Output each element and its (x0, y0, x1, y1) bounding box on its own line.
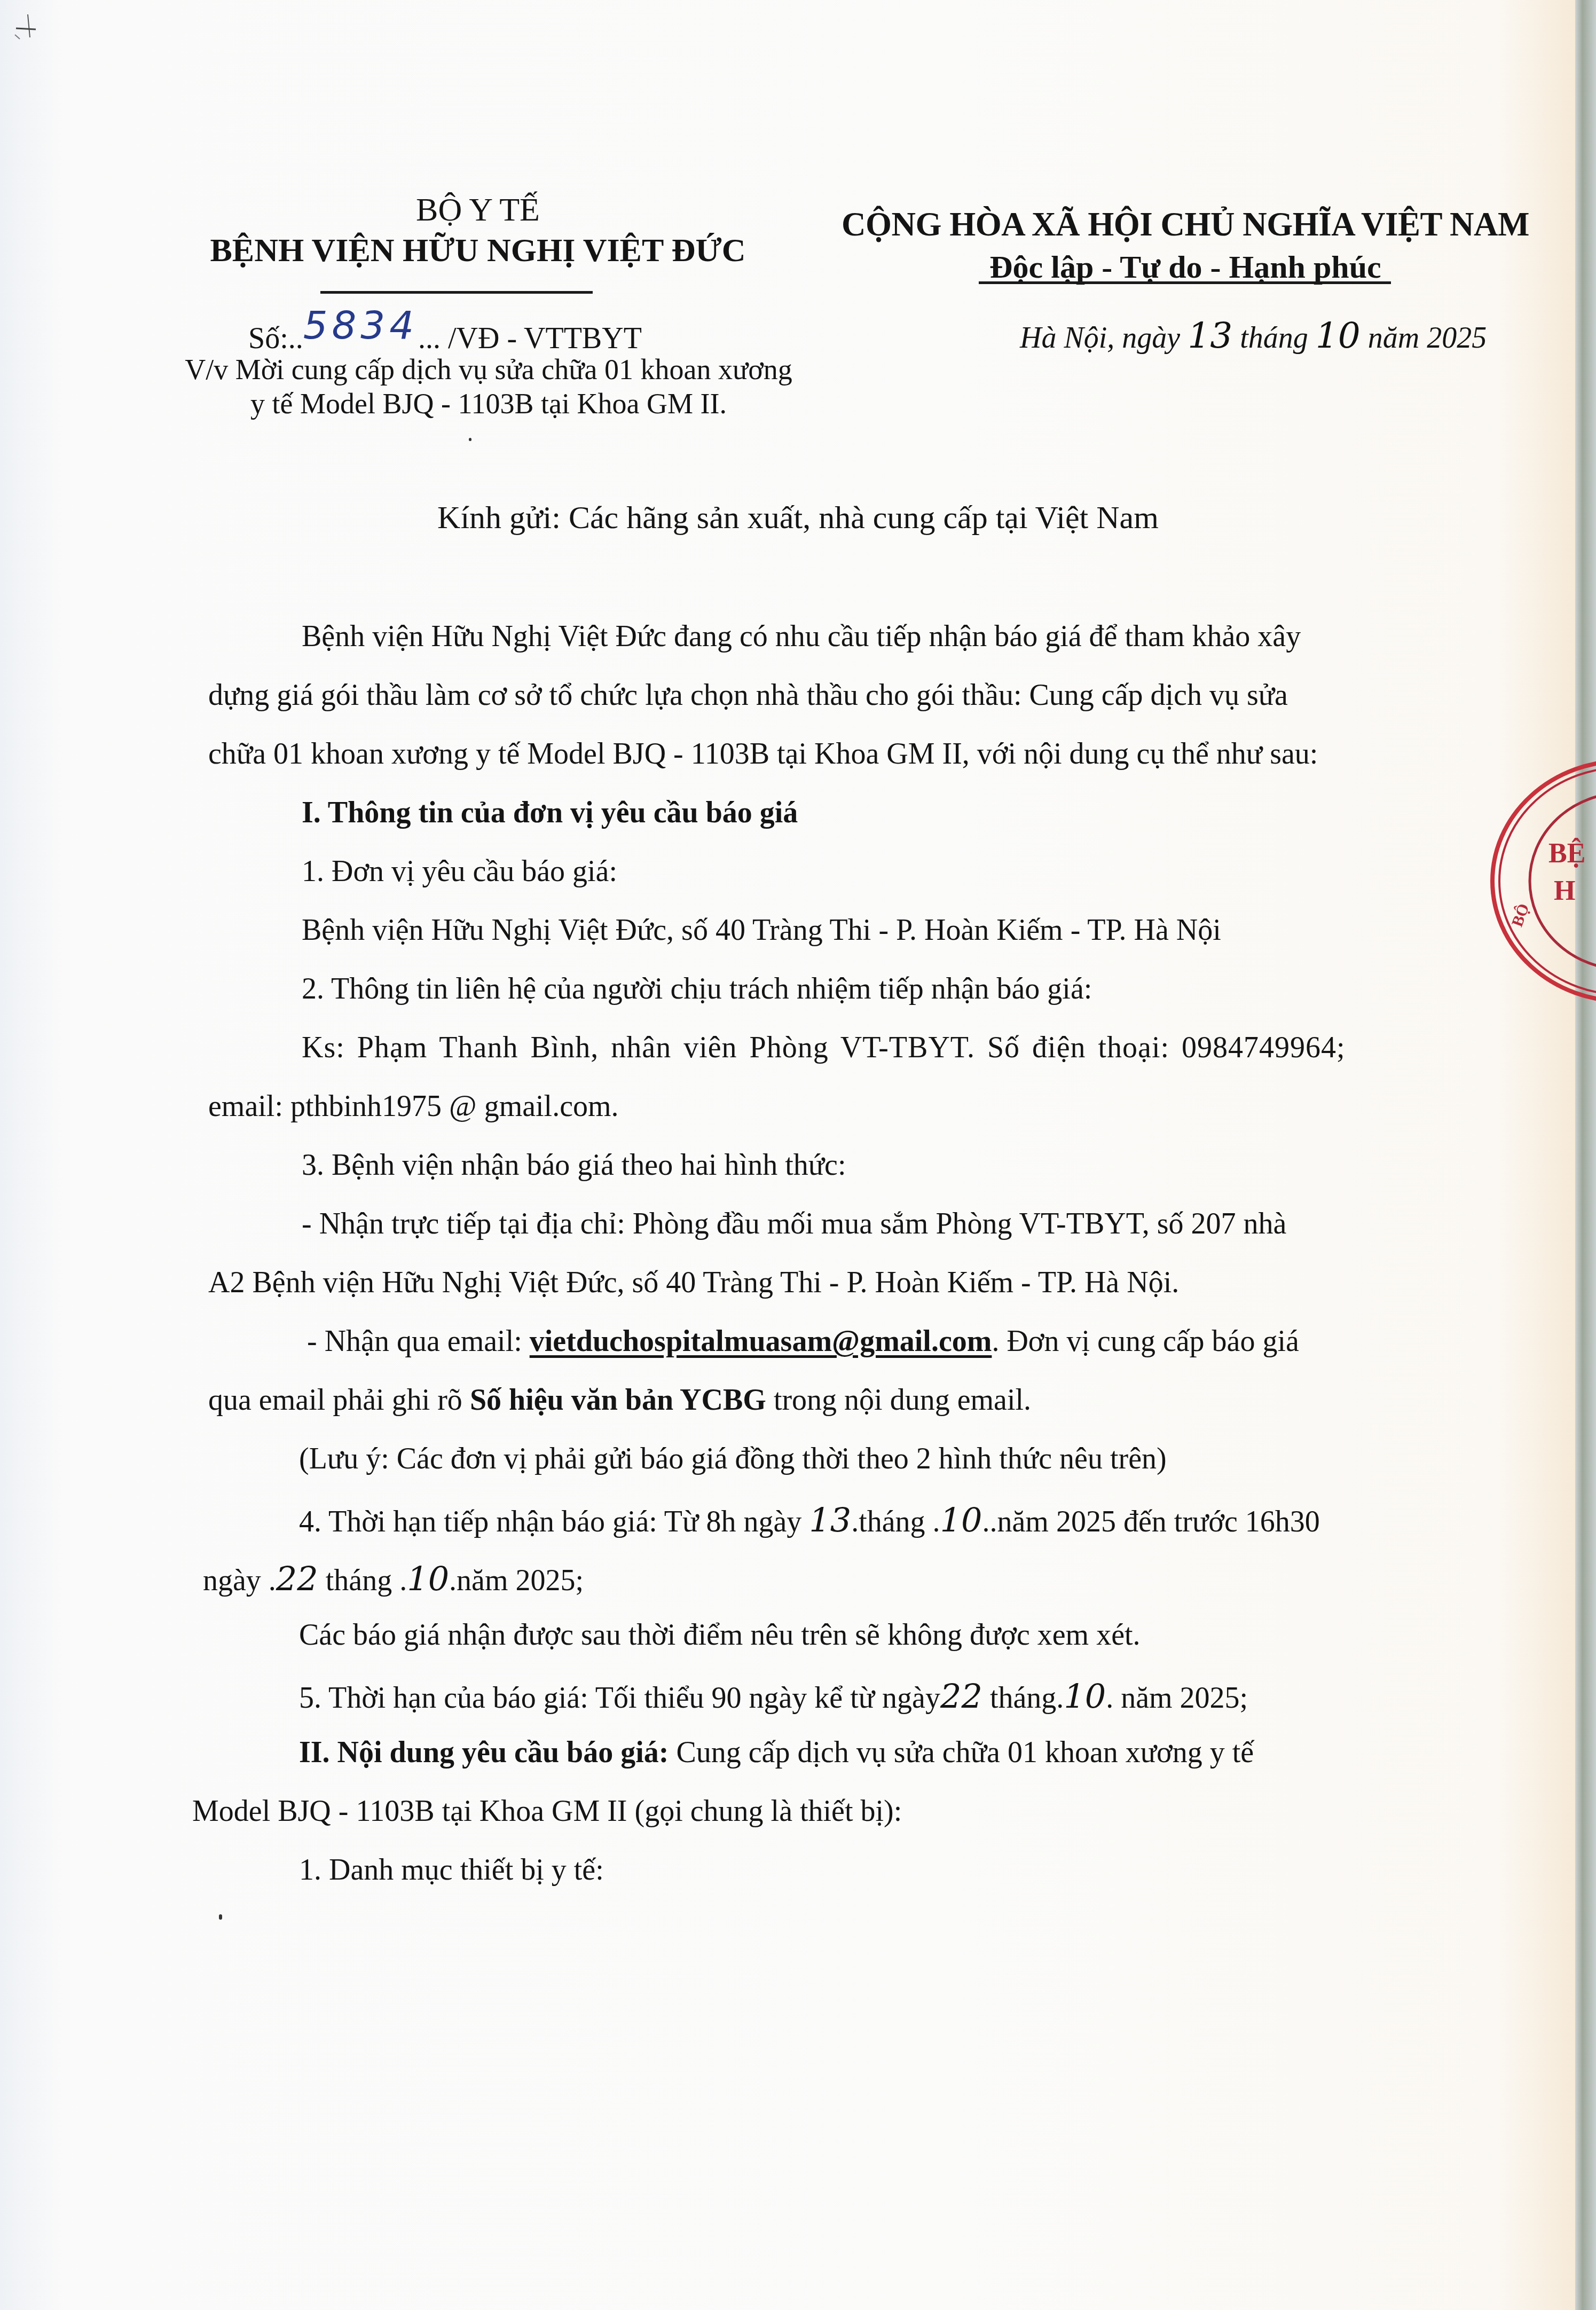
item-2-contact: Ks: Phạm Thanh Bình, nhân viên Phòng VT-… (302, 1031, 1346, 1065)
section-1-title: I. Thông tin của đơn vị yêu cầu báo giá (302, 796, 798, 830)
item-5: 5. Thời hạn của báo giá: Tối thiểu 90 ng… (299, 1677, 1248, 1716)
ink-dot (469, 438, 471, 441)
item-3-email-line-1: - Nhận qua email: vietduchospitalmuasam@… (307, 1324, 1299, 1358)
item-3-email-line-2: qua email phải ghi rõ Số hiệu văn bản YC… (208, 1383, 1031, 1417)
handwritten-day: 22 (276, 1559, 318, 1598)
section-2-line-2: Model BJQ - 1103B tại Khoa GM II (gọi ch… (192, 1794, 902, 1828)
svg-text:BỆ: BỆ (1548, 838, 1585, 869)
handwritten-month: 10 (1316, 315, 1361, 356)
item-2-email: email: pthbinh1975 @ gmail.com. (208, 1089, 619, 1123)
item-4-line-1: 4. Thời hạn tiếp nhận báo giá: Từ 8h ngà… (299, 1500, 1320, 1539)
handwritten-day: 22 (940, 1677, 982, 1716)
item-3-note: (Lưu ý: Các đơn vị phải gửi báo giá đồng… (299, 1442, 1167, 1476)
item-3-label: 3. Bệnh viện nhận báo giá theo hai hình … (302, 1148, 846, 1182)
svg-text:H: H (1554, 876, 1575, 906)
hospital-underline (320, 291, 593, 294)
hospital-name: BỆNH VIỆN HỮU NGHỊ VIỆT ĐỨC (160, 230, 796, 271)
section-2-title: II. Nội dung yêu cầu báo giá: (299, 1736, 669, 1769)
official-seal-icon: BỆ H BỘ (1490, 748, 1596, 1015)
pen-mark-icon (13, 13, 45, 45)
motto-underline (979, 281, 1391, 284)
item-1-value: Bệnh viện Hữu Nghị Việt Đức, số 40 Tràng… (302, 913, 1221, 947)
issue-date: Hà Nội, ngày 13 tháng 10 năm 2025 (1020, 315, 1487, 356)
list-item-1: 1. Danh mục thiết bị y tế: (299, 1853, 604, 1887)
national-header: CỘNG HÒA XÃ HỘI CHỦ NGHĨA VIỆT NAM Độc l… (817, 203, 1554, 288)
item-4-line-2: ngày .22 tháng .10.năm 2025; (203, 1559, 584, 1598)
handwritten-month: 10 (940, 1500, 982, 1539)
procurement-email-link[interactable]: vietduchospitalmuasam@gmail.com (530, 1325, 992, 1358)
recipient-greeting: Kính gửi: Các hãng sản xuất, nhà cung cấ… (0, 499, 1596, 536)
item-2-label: 2. Thông tin liên hệ của người chịu trác… (302, 972, 1092, 1006)
ministry-name: BỘ Y TẾ (160, 190, 796, 230)
handwritten-day: 13 (809, 1500, 851, 1539)
handwritten-month: 10 (1064, 1677, 1106, 1716)
item-3-direct-line-2: A2 Bệnh viện Hữu Nghị Việt Đức, số 40 Tr… (208, 1266, 1179, 1300)
section-2-line-1: II. Nội dung yêu cầu báo giá: Cung cấp d… (299, 1735, 1254, 1770)
intro-line-2: dựng giá gói thầu làm cơ sở tổ chức lựa … (208, 678, 1288, 712)
item-3-direct-line-1: - Nhận trực tiếp tại địa chỉ: Phòng đầu … (302, 1207, 1286, 1241)
intro-line-3: chữa 01 khoan xương y tế Model BJQ - 110… (208, 737, 1318, 771)
issuer-block: BỘ Y TẾ BỆNH VIỆN HỮU NGHỊ VIỆT ĐỨC (160, 190, 796, 271)
document-number: Số:..5834... /VĐ - VTTBYT (248, 312, 642, 357)
item-4-note: Các báo giá nhận được sau thời điểm nêu … (299, 1618, 1141, 1652)
intro-line-1: Bệnh viện Hữu Nghị Việt Đức đang có nhu … (302, 619, 1301, 654)
handwritten-day: 13 (1188, 315, 1232, 356)
ink-dot (219, 1914, 222, 1920)
national-title: CỘNG HÒA XÃ HỘI CHỦ NGHĨA VIỆT NAM (817, 203, 1554, 246)
handwritten-month: 10 (407, 1559, 449, 1598)
item-1-label: 1. Đơn vị yêu cầu báo giá: (302, 854, 617, 889)
subject-line: V/v Mời cung cấp dịch vụ sửa chữa 01 kho… (171, 352, 806, 421)
svg-text:BỘ: BỘ (1508, 901, 1533, 929)
handwritten-doc-number: 5834 (303, 303, 418, 348)
page-edge (1575, 0, 1596, 2310)
